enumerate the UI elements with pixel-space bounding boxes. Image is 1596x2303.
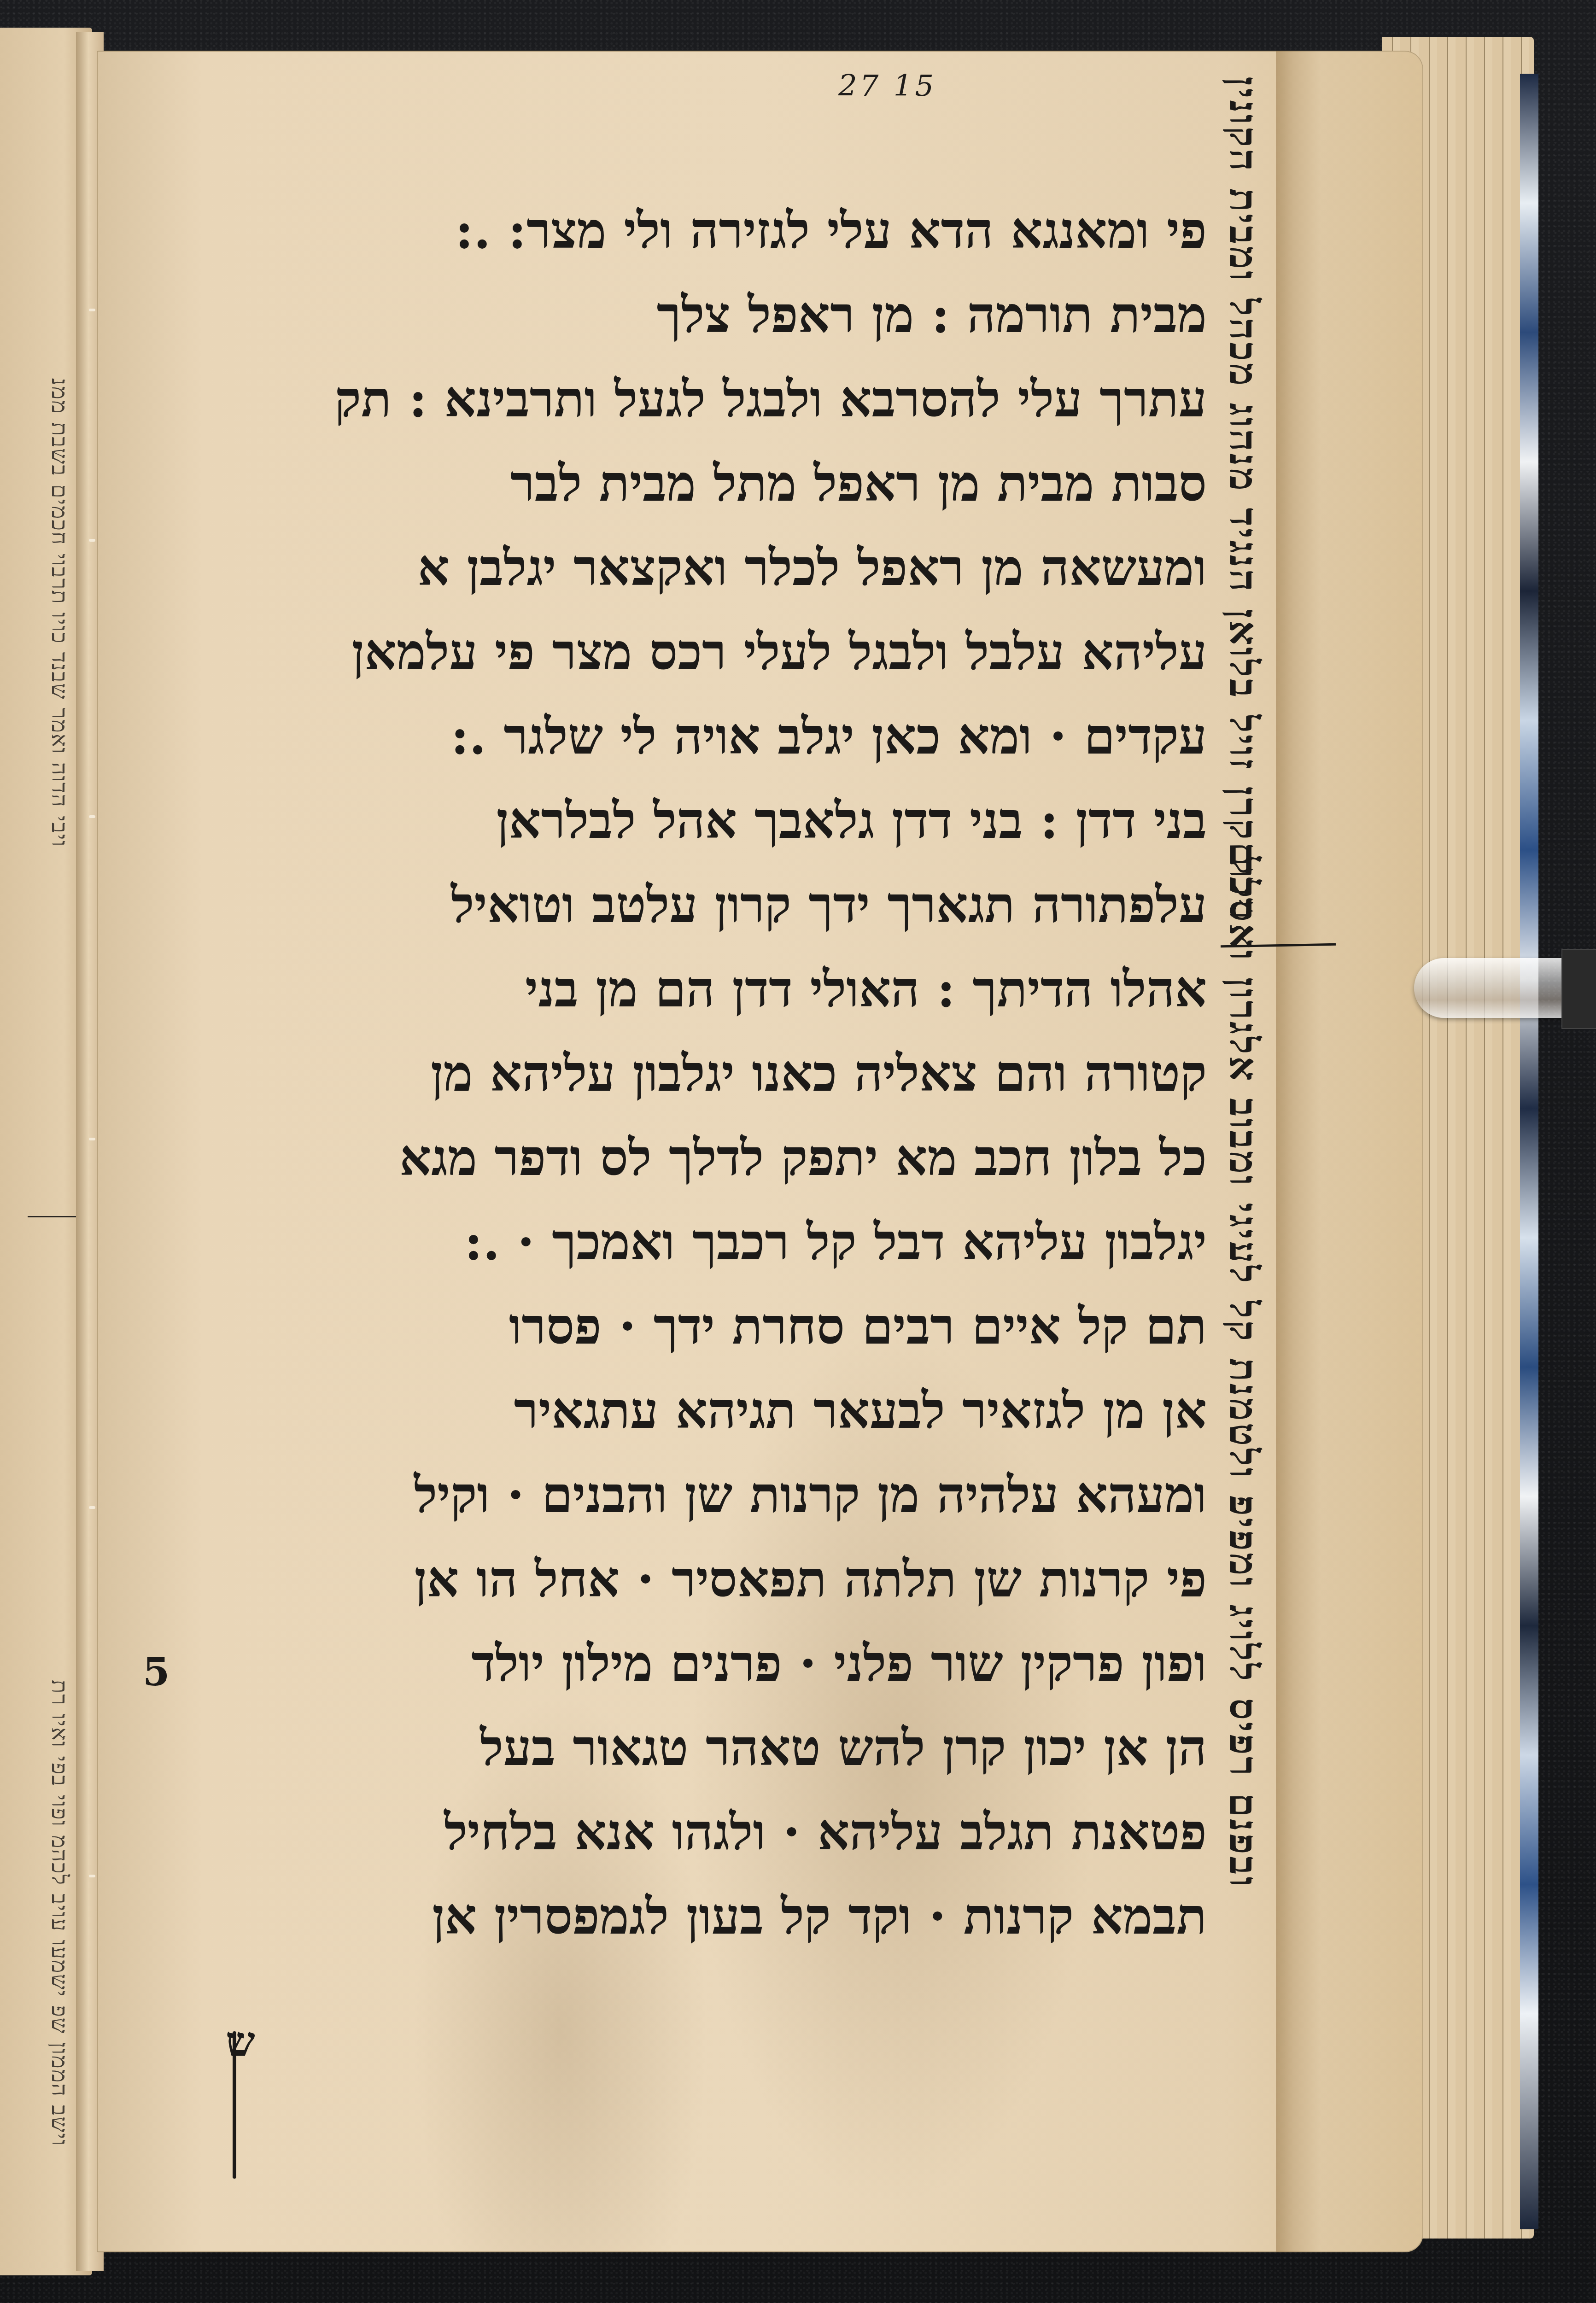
margin-number: 5 [143, 1649, 170, 1695]
text-line: עתרך עלי להסרבא ולבגל לגעל ותרבינא : תק [152, 357, 1207, 442]
text-line: תם קל איים רבים סחרת ידך · פסרו [152, 1285, 1207, 1369]
text-line: סבות מבית מן ראפל מתל מבית לבר [152, 442, 1207, 526]
binding-stitch [89, 309, 95, 311]
margin-note-upper: ויכל קרן זויל בלואן הנגיד מנהוג מכהל ומב… [1221, 184, 1267, 921]
main-text-block: פי ומאנגא הדא עלי לגזירה ולי מצר: .: מבי… [152, 189, 1207, 2031]
text-line: ופון פרקין שור פלני · פרנים מילון יולד [152, 1622, 1207, 1706]
text-line: פי קרנות שן תלתה תפאסיר · אחל הו אן [152, 1537, 1207, 1622]
text-line: קטורה והם צאליה כאנו יגלבון עליהא מן [152, 1032, 1207, 1116]
text-line: ומעהא עלהיה מן קרנות שן והבנים · וקיל [152, 1453, 1207, 1537]
text-line: פי ומאנגא הדא עלי לגזירה ולי מצר: .: [152, 189, 1207, 273]
page-clip-tip [1414, 958, 1566, 1018]
manuscript-page: 27 15 פי ומאנגא הדא עלי לגזירה ולי מצר: … [97, 51, 1423, 2252]
folio-number: 27 15 [838, 69, 936, 103]
text-line: הן אן יכון קרן להש טאהר טגאור בעל [152, 1706, 1207, 1790]
binding-stitch [89, 1138, 95, 1140]
text-line: אן מן לגזאיר לבעאר תגיהא עתגאיר [152, 1369, 1207, 1453]
binding-stitch [89, 1875, 95, 1877]
page-clip [1414, 949, 1596, 1027]
text-line: יגלבון עליהא דבל קל רכבך ואמכך · .: [152, 1200, 1207, 1285]
binding-stitch [89, 815, 95, 818]
text-line: אהלו הדיתך : האולי דדן הם מן בני [152, 947, 1207, 1032]
margin-note-lower: ובפנם רפיס ללויג ומפיפ ולטמנת קל לעיגי ו… [1221, 976, 1267, 1888]
catchword: ש [226, 2017, 255, 2066]
text-line: תבמא קרנות · וקד קל בעון לגמפסרין אן [152, 1875, 1207, 1959]
text-line: ומעשאה מן ראפל לכלר ואקצאר יגלבן א [152, 526, 1207, 610]
left-page-divider-rule [28, 1216, 78, 1217]
marbled-endpaper [1520, 74, 1538, 2229]
binding-stitch [89, 1506, 95, 1509]
text-line: עליהא עלבל ולבגל לעלי רכס מצר פי עלמאן [152, 610, 1207, 695]
left-page-margin-text-upper: ויבי הדוה ואמר שבנד כויו תרבוי חכמים בשב… [5, 203, 74, 848]
text-line: מבית תורמה : מן ראפל צלך [152, 273, 1207, 357]
binding-stitch [89, 539, 95, 542]
text-line: כל בלון חכב מא יתפק לדלך לס ודפר מגא [152, 1116, 1207, 1200]
text-line: בני דדן : בני דדן גלאבך אהל לבלראן [152, 779, 1207, 863]
page-clip-pad [1561, 949, 1596, 1029]
right-margin-notes: ויכל קרן זויל בלואן הנגיד מנהוג מכהל ומב… [1202, 184, 1340, 1888]
text-line: פטאנת תגלב עליהא · ולגהו אנא בלחיל [152, 1790, 1207, 1875]
text-line: עלפתורה תגארך ידך קרון עלטב וטואיל [152, 863, 1207, 947]
text-line: עקדים · ומא כאן יגלב אויה לי שלגר .: [152, 695, 1207, 779]
left-page-margin-text-lower: וישב הממון שפ ישמעו עויב לכהמ ופוי בפי ו… [5, 1225, 74, 2146]
